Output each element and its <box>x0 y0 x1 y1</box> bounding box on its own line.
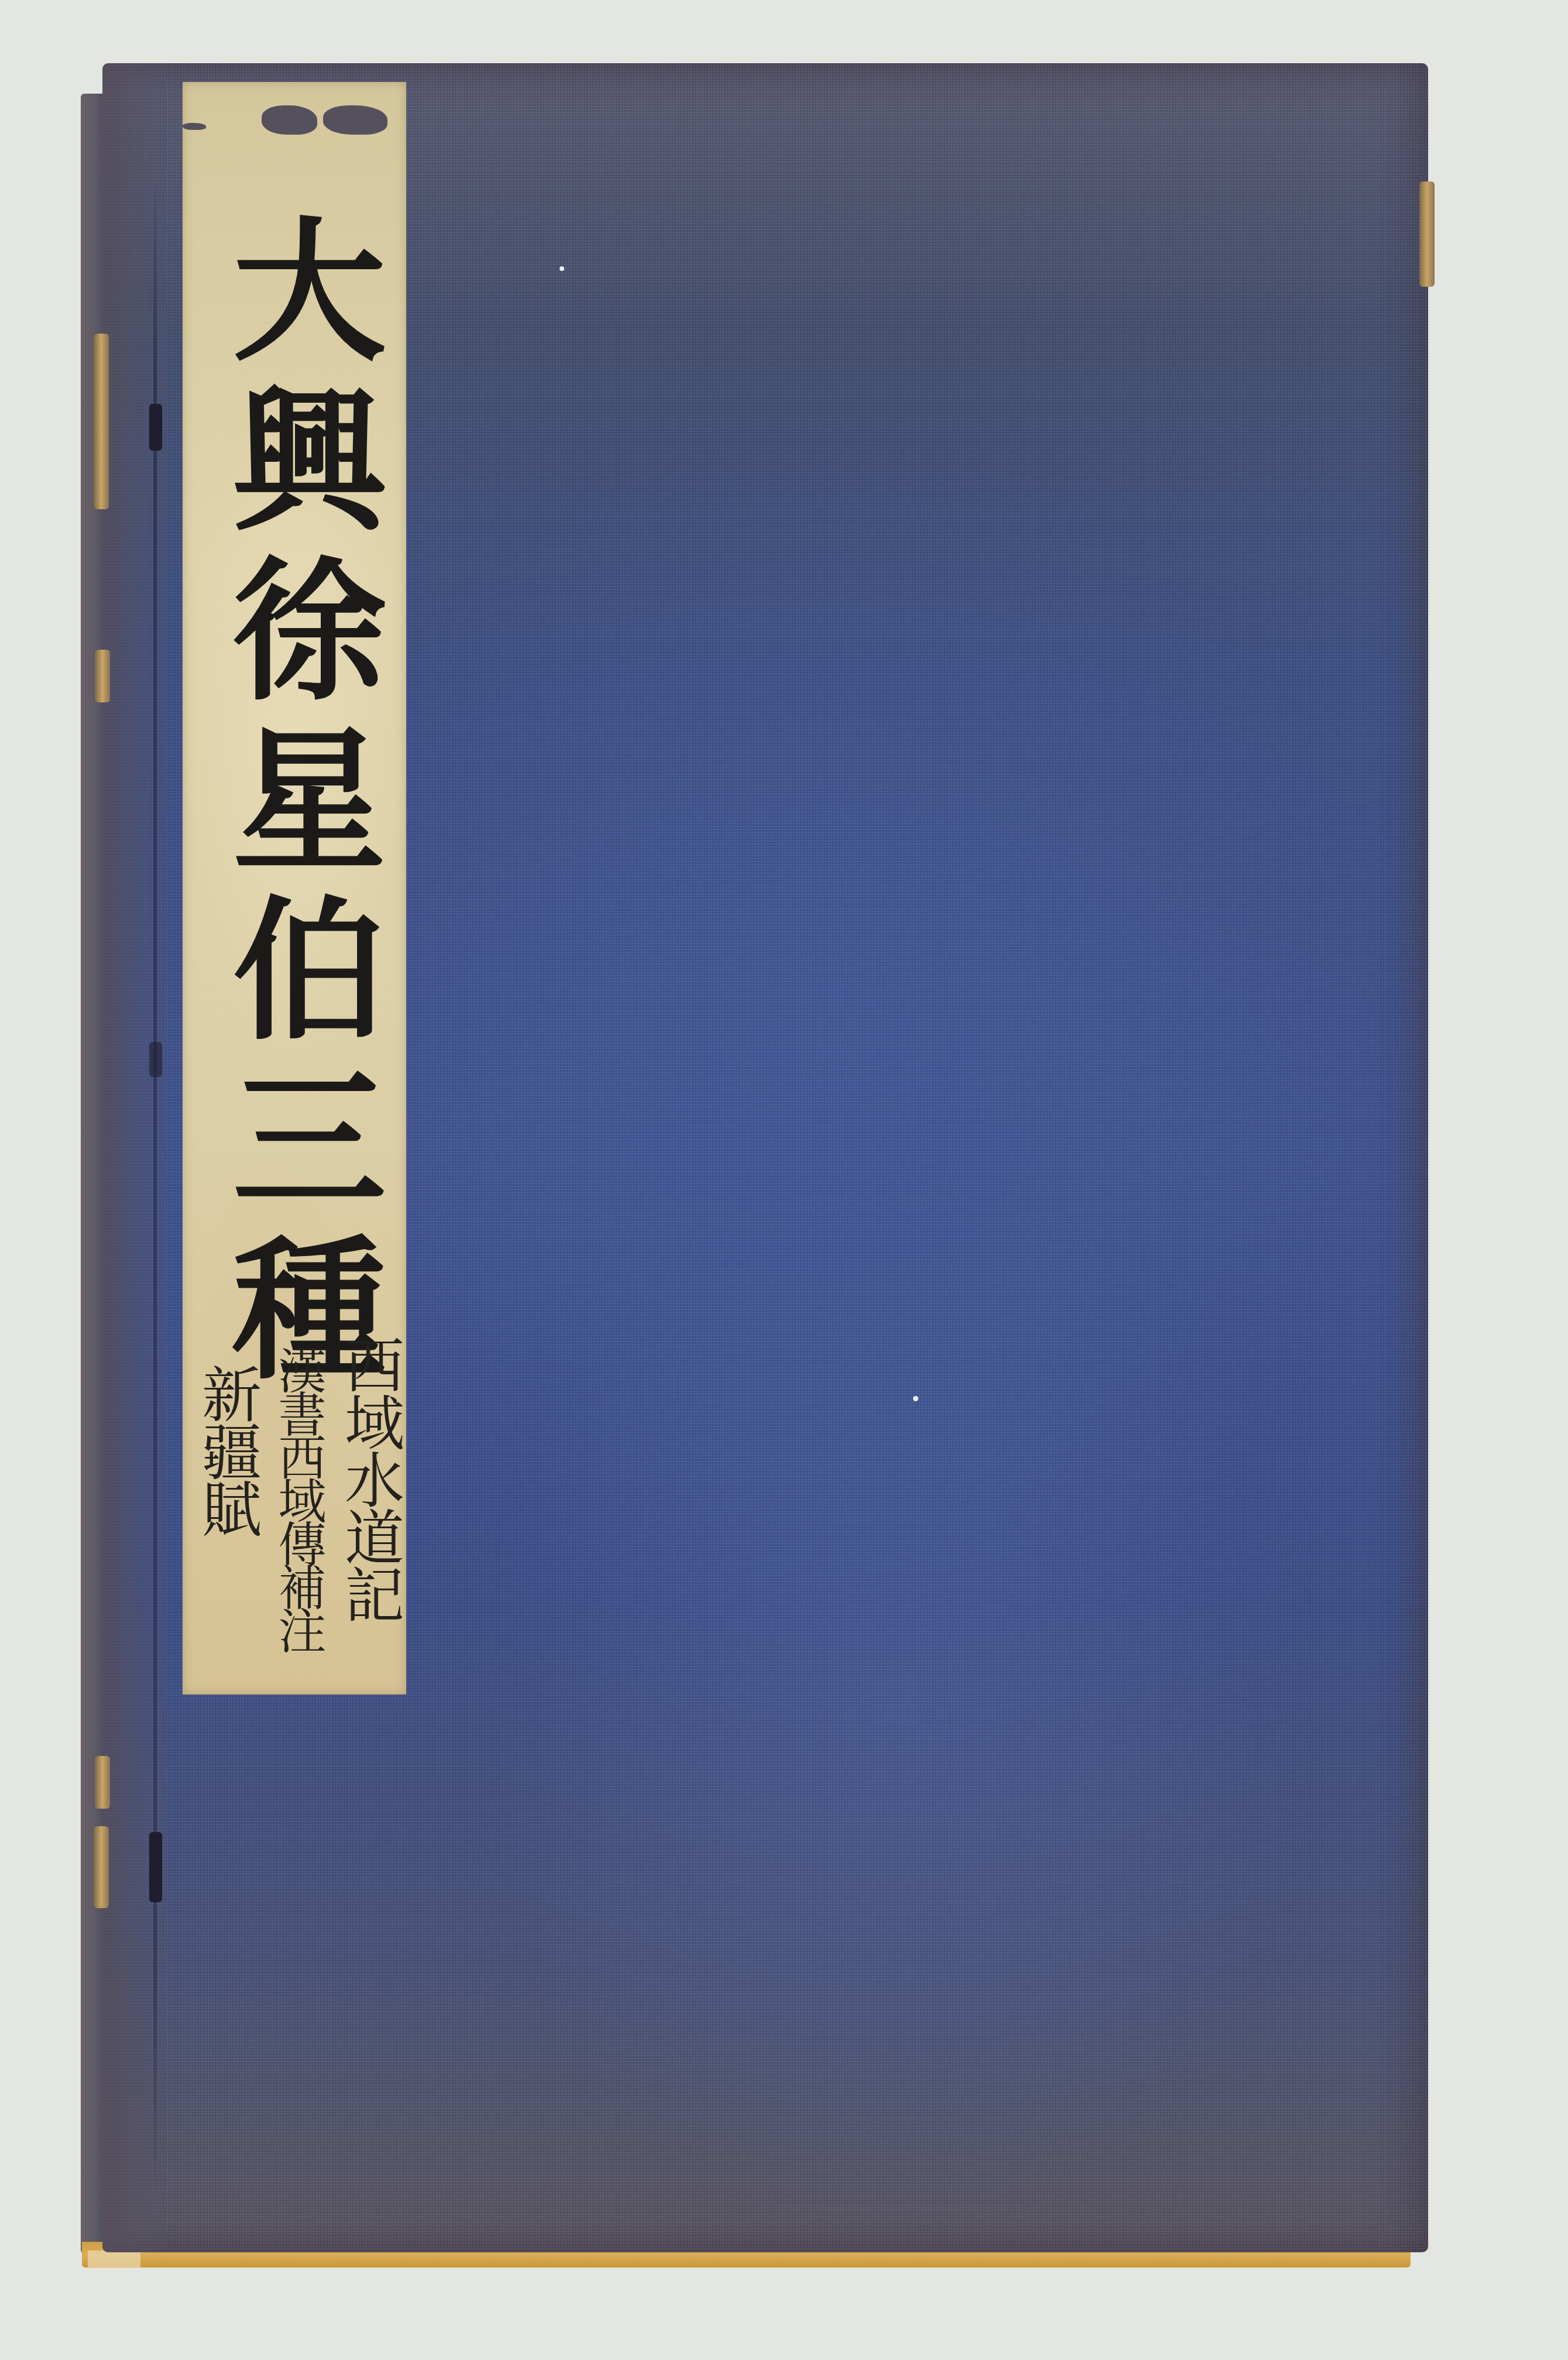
subtitle-xinjiang-fu: 新疆賦 <box>192 1364 261 1686</box>
cloth-speck <box>560 266 564 271</box>
slip-damage <box>323 105 387 135</box>
slip-damage <box>262 105 317 135</box>
subtitle-hanshu-xiyuzhuan-buzhu: 漢書西域傳補注 <box>263 1346 332 1686</box>
frayed-edge <box>95 1756 110 1809</box>
subtitle-block: 西域水道記 漢書西域傳補注 新疆賦 <box>187 1323 404 1686</box>
cloth-speck <box>913 1396 918 1401</box>
page-edge-highlight <box>88 2251 140 2268</box>
binding-thread-hole <box>149 404 162 451</box>
frayed-edge <box>1419 181 1435 287</box>
binding-thread-hole <box>149 1832 162 1902</box>
binding-thread-hole <box>149 1042 162 1077</box>
slip-damage <box>183 123 206 130</box>
binding-strip <box>102 63 167 2252</box>
frayed-edge <box>95 650 110 702</box>
subtitle-xiyu-shuidao-ji: 西域水道記 <box>335 1335 404 1686</box>
frayed-edge <box>94 1826 109 1908</box>
title-slip: 大興徐星伯三種 西域水道記 漢書西域傳補注 新疆賦 <box>183 82 406 1694</box>
frayed-edge <box>94 334 109 509</box>
main-title: 大興徐星伯三種 <box>200 211 393 1399</box>
